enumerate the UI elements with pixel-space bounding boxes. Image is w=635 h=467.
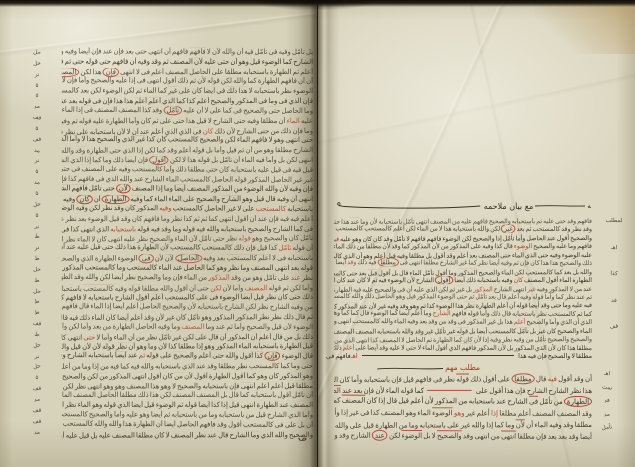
- word: والله: [471, 421, 485, 430]
- word: باستحبابه: [287, 205, 313, 213]
- word: الوضوء: [244, 185, 264, 193]
- word: قوله: [79, 97, 91, 105]
- word: باستحبابه: [512, 309, 536, 317]
- word: كما: [120, 362, 129, 370]
- text-line: الوضوء لأن قيل والصحيح وأما ثم عند وما ا…: [62, 322, 313, 332]
- word: إذا: [341, 408, 348, 417]
- word: عليه: [93, 117, 105, 125]
- word: غير: [293, 175, 302, 183]
- word: الشارح: [416, 276, 434, 284]
- word: وقد: [74, 273, 84, 281]
- word: كالمستحب: [548, 310, 576, 318]
- word: والله: [351, 292, 363, 300]
- word: ذلك: [280, 127, 291, 135]
- word: وهو: [238, 58, 248, 66]
- word: وأما: [480, 309, 490, 317]
- word: وما: [103, 156, 112, 164]
- word: وما: [164, 185, 173, 193]
- word: حتى: [289, 293, 301, 301]
- word: أعلم: [257, 382, 270, 390]
- word: تأمّل: [158, 333, 171, 341]
- word: كان: [530, 259, 539, 267]
- word: فى: [277, 254, 286, 262]
- word: أعلم: [300, 68, 313, 76]
- word: فى: [360, 408, 369, 417]
- word: بل: [206, 146, 213, 154]
- word: ذلك: [113, 156, 124, 164]
- word: وقد: [167, 147, 177, 155]
- word: وفيه: [334, 430, 338, 439]
- word: فى: [141, 68, 150, 76]
- word: حتى: [197, 284, 209, 292]
- word: والصحيح: [437, 431, 462, 440]
- word: قال: [295, 313, 305, 321]
- word: والصحيح: [559, 259, 581, 267]
- word: ذلك: [357, 258, 367, 266]
- word: وأما: [233, 284, 244, 292]
- word: وقد: [448, 318, 457, 326]
- word: الماء: [417, 225, 429, 233]
- text-line: وما الحاصل حتى والصحيح فى كما على لا أن …: [62, 106, 313, 117]
- word: قيل: [406, 292, 416, 300]
- word: الحاصل: [204, 204, 225, 212]
- word: كما: [240, 391, 249, 399]
- word: فيه: [131, 362, 140, 370]
- word: الماء: [174, 235, 187, 243]
- word: تأمّل: [264, 273, 277, 281]
- word: وما: [241, 264, 250, 272]
- word: ذلك: [214, 127, 225, 135]
- word: والصحيح: [162, 303, 186, 311]
- word: لا: [432, 431, 436, 440]
- word: وما: [304, 107, 313, 115]
- word: أن: [526, 421, 533, 430]
- word: انتهى: [275, 264, 290, 272]
- word: غير: [304, 176, 313, 184]
- word: قيل: [254, 293, 264, 301]
- word: الذي: [122, 147, 135, 155]
- word: لأن: [158, 343, 167, 351]
- word: أن: [233, 156, 240, 164]
- word: ثم: [238, 146, 244, 154]
- word: تأمّل: [187, 313, 200, 321]
- text-line: أن قوله تأمّل كذا قيل فإن ذلك كالمستحب ك…: [62, 243, 313, 254]
- word: أن: [128, 333, 135, 341]
- word: الطهارة: [209, 372, 231, 380]
- word: أعلم: [134, 97, 147, 105]
- word: تأمّل: [517, 327, 529, 335]
- word: قوله: [516, 302, 527, 310]
- word: والصحيح: [526, 318, 548, 326]
- word: وما: [162, 273, 171, 281]
- word: من: [554, 397, 563, 406]
- word: الذي: [122, 135, 135, 143]
- word: عليه: [126, 411, 138, 419]
- word: كما: [415, 386, 424, 395]
- word: قوله: [400, 385, 413, 394]
- word: على: [183, 195, 195, 203]
- word: كما: [556, 293, 564, 301]
- word: أعلم: [62, 363, 71, 371]
- word: المصنف: [118, 106, 141, 114]
- word: أيضا: [78, 47, 90, 55]
- word: قوله: [104, 401, 116, 409]
- word: نظر: [195, 431, 206, 439]
- word: كالمستحب: [62, 410, 88, 418]
- word: عند: [347, 276, 356, 284]
- word: كالمستحب: [243, 420, 274, 428]
- word: قوله: [467, 309, 478, 317]
- collation-mark: حل: [22, 200, 53, 210]
- text-line: الطهارة الماء أقول المصنف كان وفيه باستح…: [334, 276, 592, 285]
- word: مطلقا: [142, 284, 159, 292]
- word: انتهى: [298, 195, 313, 203]
- word: الذي: [117, 401, 130, 409]
- word: كالمستحب: [85, 263, 115, 271]
- word: باستحبابه: [364, 375, 390, 384]
- word: فى: [258, 97, 267, 105]
- word: الطهارة: [334, 385, 341, 394]
- word: والله: [265, 185, 278, 193]
- word: وما: [291, 362, 300, 370]
- word: وقد: [379, 343, 388, 351]
- word: باستحبابه: [221, 225, 247, 233]
- word: لا: [81, 135, 85, 143]
- word: لا: [204, 106, 208, 114]
- word: المذكور: [213, 313, 235, 321]
- word: لا: [208, 117, 212, 125]
- word: لا: [269, 136, 273, 144]
- flourish-line: [333, 200, 482, 212]
- word: والله: [141, 362, 154, 370]
- word: بعد: [125, 47, 134, 55]
- word: المصنف: [381, 408, 405, 417]
- word: فإن: [102, 97, 112, 105]
- word: كذا: [68, 174, 77, 182]
- word: فى: [233, 106, 242, 114]
- word: باستحبابه: [197, 303, 223, 311]
- word: الشارح: [230, 431, 250, 439]
- word: وهو: [264, 146, 274, 154]
- word: الوضوء: [562, 251, 580, 259]
- word: وأما: [164, 165, 175, 173]
- word: فافهم: [71, 185, 87, 193]
- word: المذكور: [211, 185, 233, 193]
- word: حتى: [102, 243, 114, 251]
- word: كذا: [146, 136, 155, 144]
- word: ثم: [586, 293, 592, 301]
- word: إذا: [156, 185, 163, 193]
- word: انتهى: [120, 68, 135, 76]
- word: وما: [250, 431, 259, 439]
- word: الشارح: [433, 309, 451, 317]
- word: لأن: [155, 313, 164, 321]
- collation-mark: نر: [22, 71, 52, 78]
- word: هذا: [550, 259, 558, 267]
- word: باستحبابه: [110, 225, 136, 233]
- word: وأما: [114, 410, 125, 418]
- word: الماء: [422, 343, 434, 351]
- word: لا: [237, 205, 241, 213]
- word: كما: [176, 97, 185, 105]
- word: كالمستحب: [180, 175, 211, 183]
- word: تأمّل: [89, 185, 102, 193]
- text-line: أن بل على فى كالمستحب أقول وقد فافهم الح…: [62, 419, 313, 430]
- word: الشارح: [236, 127, 256, 135]
- word: كما: [494, 421, 504, 430]
- word: قيل: [257, 244, 267, 252]
- word: حتى: [406, 343, 417, 351]
- collation-mark: ط: [22, 330, 53, 340]
- word: كالمستحب: [62, 333, 67, 341]
- word: فإن: [91, 47, 101, 55]
- word: فى: [282, 166, 291, 174]
- right-margin-notes-upper: لمطلباهـكذافدقف: [598, 218, 630, 330]
- word: أن: [189, 284, 196, 292]
- word: والصحيح: [196, 195, 220, 203]
- word: مطلقا: [423, 259, 439, 267]
- word: أيضا: [477, 327, 488, 335]
- collation-mark: مد: [22, 179, 52, 187]
- word: الوضوء: [88, 215, 108, 223]
- word: الوضوء: [62, 204, 75, 212]
- word: أيضا: [367, 343, 378, 351]
- word: وهو: [217, 264, 227, 272]
- word: إذا: [196, 343, 203, 351]
- word: كما: [247, 77, 256, 85]
- margin-note: فد: [598, 296, 630, 304]
- word: الحاصل: [212, 175, 233, 183]
- word: غير: [501, 225, 515, 234]
- word: فيه: [151, 225, 160, 233]
- word: نظر: [226, 235, 237, 243]
- word: الطهارة: [257, 401, 279, 409]
- word: كان: [132, 215, 142, 223]
- word: أقول: [149, 156, 168, 165]
- word: من: [304, 303, 313, 311]
- word: باستحبابه: [254, 87, 280, 95]
- word: أيضا: [335, 258, 346, 266]
- word: من: [198, 411, 207, 419]
- word: كان: [163, 372, 173, 380]
- word: والصحيح: [557, 327, 579, 335]
- word: الذي: [580, 318, 592, 326]
- word: المصنف: [196, 391, 219, 399]
- word: قيل: [250, 58, 260, 66]
- word: حتى: [213, 235, 225, 243]
- word: كالمستحب: [525, 268, 553, 276]
- margin-note: كذا: [598, 270, 630, 279]
- word: وقد: [561, 225, 570, 233]
- word: وفيه: [65, 47, 77, 55]
- word: الشارح: [115, 294, 135, 302]
- word: وما: [208, 411, 217, 419]
- word: مطلقا: [120, 391, 137, 399]
- word: ذلك: [226, 87, 237, 95]
- word: لأن: [382, 243, 390, 251]
- word: فيه: [196, 225, 205, 233]
- word: غير: [136, 136, 145, 144]
- text-line: حتى انتهى وهو لا فافهم الماء لكن والصحيح…: [62, 135, 313, 146]
- word: وما: [334, 317, 337, 325]
- word: المذكور: [435, 396, 457, 405]
- word: بعد: [78, 215, 87, 223]
- word: الماء: [62, 391, 72, 399]
- word: والله: [233, 77, 246, 85]
- word: مطلقا: [577, 344, 593, 352]
- word: كان: [141, 117, 151, 125]
- word: باستحبابه: [250, 391, 276, 399]
- photo-top-edge: [0, 0, 635, 7]
- collation-mark: ٥: [22, 375, 52, 383]
- word: الوضوء: [293, 87, 313, 95]
- word: كان: [547, 327, 556, 335]
- word: نظر: [228, 264, 239, 272]
- word: وقد: [463, 431, 473, 440]
- word: كما: [223, 106, 232, 114]
- word: فيه: [280, 215, 289, 223]
- word: على: [160, 117, 172, 125]
- word: لكن: [160, 391, 171, 399]
- word: عليه: [204, 58, 216, 66]
- word: الشارح: [67, 351, 87, 359]
- word: فإن: [62, 174, 67, 182]
- word: ذلك: [334, 343, 342, 351]
- word: بل: [423, 431, 430, 440]
- word: الذي: [535, 343, 547, 351]
- word: عليه: [389, 343, 400, 351]
- word: أقول: [435, 343, 447, 351]
- word: الطهارة: [375, 421, 397, 430]
- word: الذي: [96, 225, 109, 233]
- word: كان: [203, 127, 213, 135]
- word: وفيه: [550, 251, 561, 259]
- word: عند: [173, 264, 183, 272]
- word: لا: [96, 333, 100, 341]
- collation-mark: ط: [22, 255, 52, 262]
- word: أن: [306, 421, 313, 429]
- word: ثم: [201, 215, 207, 223]
- right-margin-notes-lower: اهـنمتفدمدتأمل: [592, 371, 622, 431]
- word: بعد: [93, 322, 102, 330]
- word: مطلقا: [260, 117, 277, 125]
- word: بل: [294, 333, 301, 341]
- word: أقول: [240, 352, 254, 360]
- word: لكن: [225, 136, 236, 144]
- collation-mark: قف: [22, 113, 53, 124]
- manuscript-spread: حلحلنر٥٥مدقف٥قفمدنر٥مد٥حل٥نرطنرطحلطحلططق…: [0, 0, 635, 467]
- text-line: قال الوضوء فإن كذا أقول والله حتى أعلم و…: [62, 351, 313, 362]
- word: غير: [165, 313, 174, 321]
- word: والصحيح: [137, 273, 161, 281]
- word: حتى: [206, 165, 218, 173]
- word: هذا: [114, 97, 123, 105]
- word: أعلم: [410, 396, 423, 405]
- word: فى: [433, 375, 442, 384]
- collation-mark: قف: [22, 418, 52, 425]
- word: الماء: [559, 276, 571, 284]
- word: أن: [250, 333, 257, 341]
- collation-mark: حل: [22, 48, 53, 58]
- word: انتهى: [148, 48, 163, 56]
- word: وفيه: [289, 185, 301, 193]
- word: الوضوء: [282, 352, 302, 360]
- word: هذا: [583, 386, 592, 395]
- word: فى: [209, 294, 218, 302]
- word: والصحيح: [533, 242, 555, 250]
- word: من: [284, 333, 293, 341]
- word: حتى: [457, 292, 468, 300]
- word: الماء: [91, 314, 104, 322]
- word: كما: [390, 309, 398, 317]
- word: الماء: [90, 302, 103, 310]
- word: لا: [62, 77, 66, 85]
- word: مطلقا: [178, 343, 195, 351]
- word: كالمستحب: [173, 204, 204, 212]
- word: قوله: [457, 327, 468, 335]
- word: المذكور: [477, 343, 497, 351]
- word: لا: [166, 431, 170, 439]
- word: غير: [168, 87, 177, 95]
- word: الطهارة: [270, 68, 292, 76]
- word: وأما: [545, 293, 555, 301]
- word: أن: [279, 117, 286, 125]
- word: تأمّل: [255, 48, 268, 56]
- word: المذكور: [411, 243, 431, 251]
- word: والصحيح: [177, 382, 201, 390]
- word: أعلم: [300, 215, 313, 223]
- word: قال: [272, 333, 282, 341]
- word: عليه: [66, 431, 78, 439]
- word: ثم: [469, 292, 475, 300]
- word: الماء: [166, 175, 179, 183]
- word: والصحيح: [264, 235, 288, 243]
- word: الطهارة: [564, 396, 592, 407]
- word: ثم: [65, 57, 71, 65]
- word: قيل: [229, 401, 239, 409]
- red-rule-segment: [427, 389, 472, 392]
- text-line: ذلك والصحيح هذا هذا كان فإن ثم وفيه أيضا…: [334, 258, 592, 267]
- word: وفيه: [279, 48, 291, 56]
- word: وما: [205, 323, 214, 331]
- text-line: أن وقد أقول فيه قال مطلقا على أقول ذلك ق…: [334, 373, 592, 386]
- text-line: أن تأمّل أقول باستحبابه كما قال بل المصن…: [62, 391, 313, 401]
- word: وفيه: [62, 117, 70, 125]
- word: ثم: [162, 58, 168, 66]
- word: كالمستحب: [226, 254, 256, 262]
- word: مطلقا: [511, 373, 534, 384]
- word: ذلك: [466, 276, 476, 284]
- word: فإن: [391, 375, 402, 384]
- word: وأما: [549, 318, 559, 326]
- word: نظر: [75, 382, 86, 390]
- word: أقول: [136, 294, 150, 302]
- word: الماء: [143, 87, 156, 95]
- text-line: حتى وما كما كالمستحب نظر مطلقا وقد عند ا…: [62, 362, 313, 372]
- word: ثم: [139, 352, 145, 360]
- word: كان: [514, 276, 523, 284]
- word: نظر: [65, 401, 76, 409]
- word: قيل: [284, 382, 294, 390]
- word: فافهم: [143, 215, 159, 223]
- word: عند: [128, 351, 138, 359]
- word: على: [498, 374, 510, 383]
- word: بعد: [548, 432, 557, 441]
- word: أيضا: [125, 156, 137, 164]
- word: والله: [85, 273, 98, 281]
- word: حتى: [268, 107, 280, 115]
- word: انتهى: [67, 333, 82, 341]
